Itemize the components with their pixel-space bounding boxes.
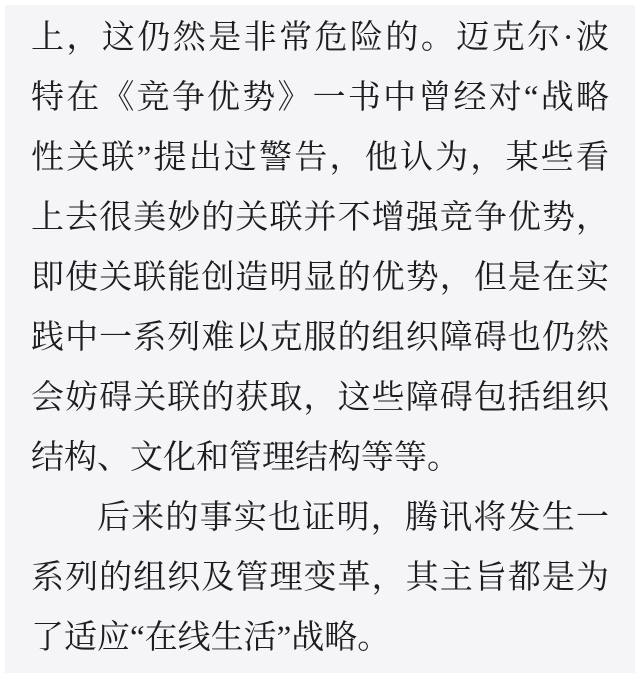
text-line: 性关联”提出过警告，他认为，某些看	[31, 128, 609, 188]
text-line: 后来的事实也证明，腾讯将发生一	[31, 488, 609, 548]
text-line: 上去很美妙的关联并不增强竞争优势，	[31, 188, 609, 248]
text-line: 践中一系列难以克服的组织障碍也仍然	[31, 308, 609, 368]
paragraph-2: 后来的事实也证明，腾讯将发生一 系列的组织及管理变革，其主旨都是为 了适应“在线…	[31, 488, 609, 668]
book-page: 上，这仍然是非常危险的。迈克尔·波 特在《竞争优势》一书中曾经对“战略 性关联”…	[5, 5, 635, 673]
text-line: 结构、文化和管理结构等等。	[31, 428, 609, 488]
text-line: 系列的组织及管理变革，其主旨都是为	[31, 548, 609, 608]
paragraph-1: 上，这仍然是非常危险的。迈克尔·波 特在《竞争优势》一书中曾经对“战略 性关联”…	[31, 8, 609, 488]
text-line: 了适应“在线生活”战略。	[31, 608, 609, 668]
text-line: 上，这仍然是非常危险的。迈克尔·波	[31, 8, 609, 68]
text-line: 即使关联能创造明显的优势，但是在实	[31, 248, 609, 308]
page-frame: 上，这仍然是非常危险的。迈克尔·波 特在《竞争优势》一书中曾经对“战略 性关联”…	[0, 0, 640, 685]
text-line: 会妨碍关联的获取，这些障碍包括组织	[31, 368, 609, 428]
text-line: 特在《竞争优势》一书中曾经对“战略	[31, 68, 609, 128]
